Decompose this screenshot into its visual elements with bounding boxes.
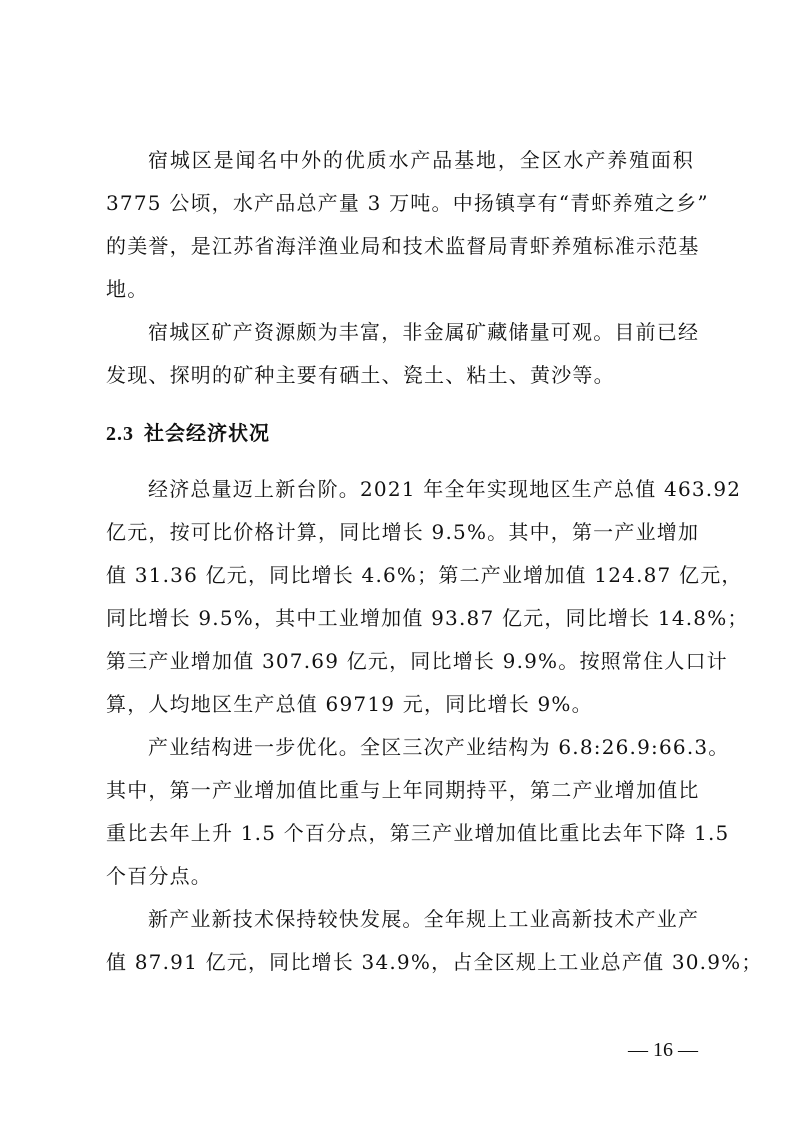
- paragraph-economy-line-6: 算，人均地区生产总值 69719 元，同比增长 9%。: [106, 689, 694, 719]
- paragraph-aquaculture-line-3: 的美誉，是江苏省海洋渔业局和技术监督局青虾养殖标准示范基: [106, 231, 694, 261]
- paragraph-new-industry-line-1: 新产业新技术保持较快发展。全年规上工业高新技术产业产: [148, 904, 694, 934]
- paragraph-economy-line-1: 经济总量迈上新台阶。2021 年全年实现地区生产总值 463.92: [148, 474, 694, 504]
- paragraph-aquaculture-line-1: 宿城区是闻名中外的优质水产品基地，全区水产养殖面积: [148, 145, 694, 175]
- page-number: — 16 —: [628, 1036, 698, 1064]
- paragraph-new-industry-line-2: 值 87.91 亿元，同比增长 34.9%，占全区规上工业总产值 30.9%；: [106, 947, 694, 977]
- paragraph-economy-line-4: 同比增长 9.5%，其中工业增加值 93.87 亿元，同比增长 14.8%；: [106, 603, 694, 633]
- document-page: 宿城区是闻名中外的优质水产品基地，全区水产养殖面积 3775 公顷，水产品总产量…: [0, 0, 793, 1122]
- paragraph-structure-line-3: 重比去年上升 1.5 个百分点，第三产业增加值比重比去年下降 1.5: [106, 818, 694, 848]
- section-number: 2.3: [106, 423, 134, 445]
- paragraph-structure-line-1: 产业结构进一步优化。全区三次产业结构为 6.8:26.9:66.3。: [148, 732, 694, 762]
- paragraph-minerals-line-1: 宿城区矿产资源颇为丰富，非金属矿藏储量可观。目前已经: [148, 317, 694, 347]
- section-title: 社会经济状况: [144, 421, 270, 445]
- paragraph-minerals-line-2: 发现、探明的矿种主要有硒土、瓷土、粘土、黄沙等。: [106, 360, 694, 390]
- paragraph-structure-line-4: 个百分点。: [106, 861, 694, 891]
- paragraph-aquaculture-line-2: 3775 公顷，水产品总产量 3 万吨。中扬镇享有“青虾养殖之乡”: [106, 188, 694, 218]
- paragraph-economy-line-2: 亿元，按可比价格计算，同比增长 9.5%。其中，第一产业增加: [106, 517, 694, 547]
- paragraph-economy-line-3: 值 31.36 亿元，同比增长 4.6%；第二产业增加值 124.87 亿元，: [106, 560, 694, 590]
- section-heading: 2.3社会经济状况: [106, 417, 270, 449]
- paragraph-economy-line-5: 第三产业增加值 307.69 亿元，同比增长 9.9%。按照常住人口计: [106, 646, 694, 676]
- paragraph-structure-line-2: 其中，第一产业增加值比重与上年同期持平，第二产业增加值比: [106, 775, 694, 805]
- paragraph-aquaculture-line-4: 地。: [106, 274, 694, 304]
